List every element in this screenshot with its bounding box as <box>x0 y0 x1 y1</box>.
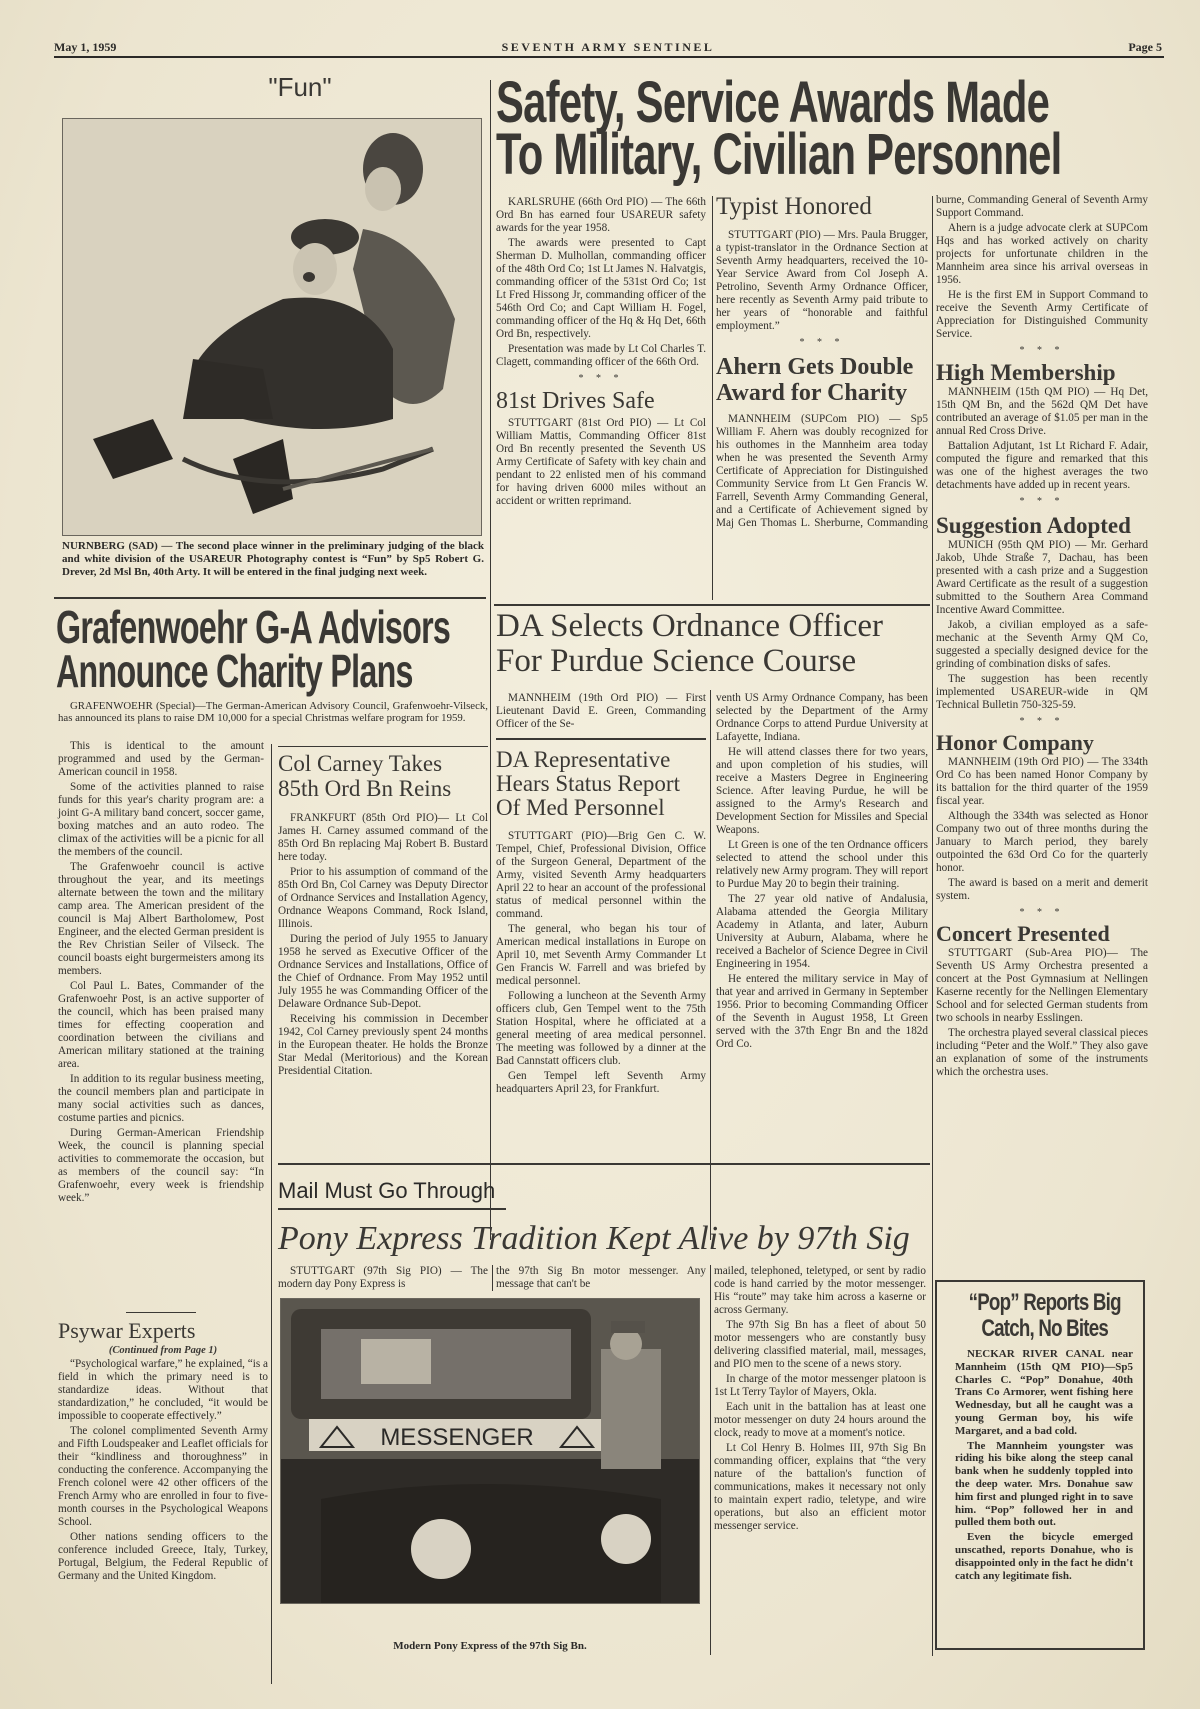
da-selects-headline: DA Selects Ordnance Officer For Purdue S… <box>496 610 932 678</box>
pop-headline-2: Catch, No Bites <box>955 1316 1134 1342</box>
da-rep-article: STUTTGART (PIO)—Brig Gen C. W. Tempel, C… <box>496 830 706 1098</box>
divider <box>126 1312 196 1313</box>
suggestion-headline: Suggestion Adopted <box>936 514 1148 537</box>
high-membership-headline: High Membership <box>936 361 1148 384</box>
pony-col1: STUTTGART (97th Sig PIO) — The modern da… <box>278 1265 488 1293</box>
photo-title: "Fun" <box>114 72 486 103</box>
sledding-children-image <box>63 119 482 536</box>
safety-article: KARLSRUHE (66th Ord PIO) — The 66th Ord … <box>496 196 706 510</box>
divider <box>496 738 706 740</box>
psywar-article: “Psychological warfare,” he explained, “… <box>58 1358 268 1583</box>
fun-photo-caption: NURNBERG (SAD) — The second place winner… <box>62 540 484 579</box>
psywar-section: Psywar Experts (Continued from Page 1) “… <box>58 1320 268 1585</box>
da-selects-col1: MANNHEIM (19th Ord PIO) — First Lieutena… <box>496 692 706 733</box>
continued-note: (Continued from Page 1) <box>58 1345 268 1356</box>
pop-article: NECKAR RIVER CANAL near Mannheim (15th Q… <box>955 1348 1133 1582</box>
honor-company-headline: Honor Company <box>936 732 1148 754</box>
pop-headline-1: “Pop” Reports Big <box>955 1290 1134 1316</box>
messenger-photo-caption: Modern Pony Express of the 97th Sig Bn. <box>280 1640 700 1653</box>
right-column-top: burne, Commanding General of Seventh Arm… <box>936 194 1148 1081</box>
masthead: May 1, 1959 SEVENTH ARMY SENTINEL Page 5 <box>54 36 1162 58</box>
grafenwoehr-intro: GRAFENWOEHR (Special)—The German-America… <box>58 700 488 727</box>
grafenwoehr-headline: Grafenwoehr G-A Advisors Announce Charit… <box>56 604 488 694</box>
typist-headline: Typist Honored <box>716 194 928 219</box>
column-rule <box>710 690 711 1240</box>
ahern-headline-1: Ahern Gets Double <box>716 355 928 379</box>
column-rule <box>932 196 933 1656</box>
divider <box>278 1163 930 1165</box>
sledding-photo <box>62 118 482 536</box>
psywar-headline: Psywar Experts <box>58 1320 268 1342</box>
column-rule <box>710 1265 711 1655</box>
da-rep-headline: DA Representative Hears Status Report Of… <box>496 748 710 819</box>
pony-col3: mailed, telephoned, teletyped, or sent b… <box>714 1265 926 1535</box>
newspaper-title: SEVENTH ARMY SENTINEL <box>54 40 1162 55</box>
page-number: Page 5 <box>1128 40 1162 55</box>
typist-ahern-column: Typist Honored STUTTGART (PIO) — Mrs. Pa… <box>716 194 928 532</box>
safety-headline: Safety, Service Awards Made To Military,… <box>496 74 926 184</box>
ahern-continued: burne, Commanding General of Seventh Arm… <box>936 194 1148 220</box>
pop-story-box: “Pop” Reports Big Catch, No Bites NECKAR… <box>935 1280 1145 1650</box>
messenger-jeep-photo: MESSENGER <box>280 1298 700 1604</box>
concert-headline: Concert Presented <box>936 923 1148 945</box>
pony-kicker: Mail Must Go Through <box>278 1178 518 1210</box>
section-separator: * * * <box>496 372 706 385</box>
jeep-image: MESSENGER <box>281 1299 700 1604</box>
fun-photo-section: "Fun" <box>54 72 486 103</box>
column-rule <box>492 1265 493 1291</box>
column-rule <box>490 600 491 1240</box>
ahern-headline-2: Award for Charity <box>716 381 928 405</box>
pony-headline: Pony Express Tradition Kept Alive by 97t… <box>278 1220 938 1258</box>
carney-headline: Col Carney Takes 85th Ord Bn Reins <box>278 752 490 800</box>
column-rule <box>271 744 272 1684</box>
divider <box>278 746 488 747</box>
drives-safe-headline: 81st Drives Safe <box>496 389 706 413</box>
masthead-rule <box>54 56 1164 58</box>
carney-article: FRANKFURT (85th Ord PIO)— Lt Col James H… <box>278 812 488 1080</box>
svg-text:MESSENGER: MESSENGER <box>380 1424 533 1451</box>
newspaper-page: May 1, 1959 SEVENTH ARMY SENTINEL Page 5… <box>0 0 1200 1709</box>
column-rule <box>490 80 491 600</box>
divider <box>54 597 486 599</box>
grafenwoehr-article: This is identical to the amount programm… <box>58 740 264 1207</box>
da-selects-col2: venth US Army Ordnance Company, has been… <box>716 692 928 1053</box>
column-rule <box>712 196 713 600</box>
pony-col2: the 97th Sig Bn motor messenger. Any mes… <box>496 1265 706 1293</box>
divider <box>494 604 930 606</box>
